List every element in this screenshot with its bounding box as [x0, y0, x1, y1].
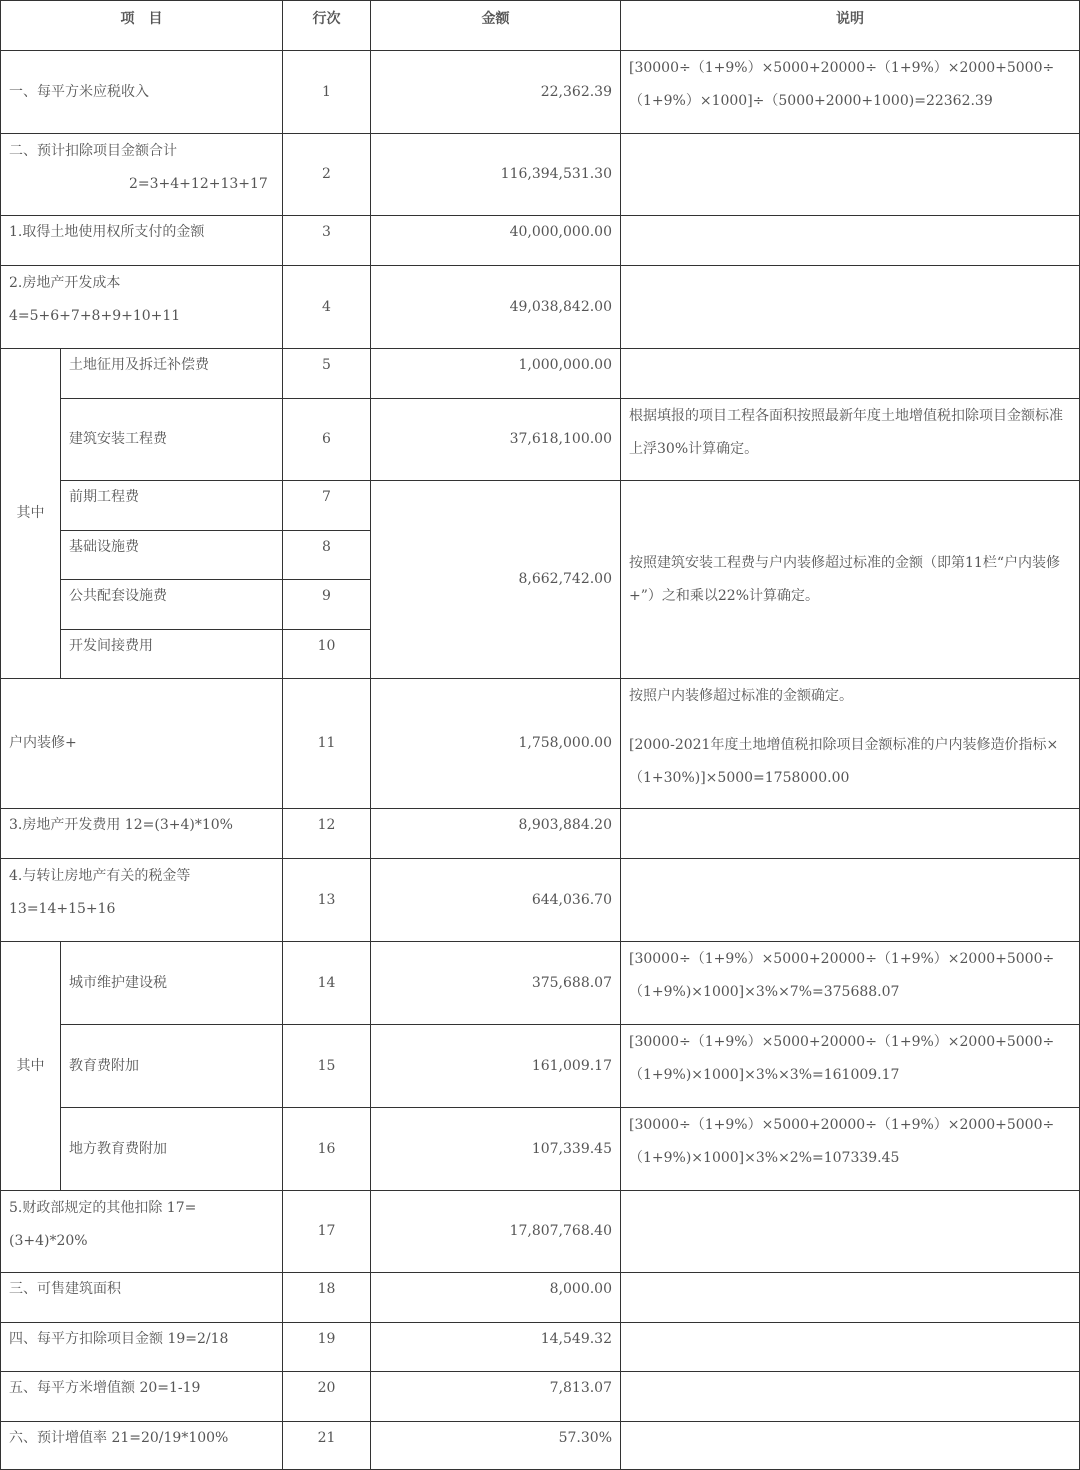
row-4-item: 2.房地产开发成本 4=5+6+7+8+9+10+11: [0, 265, 283, 349]
row-12-amount: 8,903,884.20: [370, 808, 621, 859]
row-7-item: 前期工程费: [60, 480, 283, 531]
row-6-amount-text: 37,618,100.00: [510, 423, 612, 456]
row-11-note-line2: [2000-2021年度土地增值税扣除项目金额标准的户内装修造价指标×（1+30…: [629, 729, 1071, 795]
row-3-amount: 40,000,000.00: [370, 215, 621, 266]
group-label-text: 其中: [17, 497, 45, 530]
row-19-item: 四、每平方扣除项目金额 19=2/18: [0, 1322, 283, 1372]
row-13-line: 13: [282, 858, 371, 942]
row-11-line: 11: [282, 678, 371, 809]
row-2-item-text: 二、预计扣除项目金额合计: [9, 135, 274, 168]
row-2-amount: 116,394,531.30: [370, 133, 621, 216]
row-10-item: 开发间接费用: [60, 629, 283, 679]
row-6-line: 6: [282, 398, 371, 481]
row-5-amount: 1,000,000.00: [370, 348, 621, 399]
row-4-item-text: 2.房地产开发成本: [9, 267, 274, 300]
row-11-item-text: 户内装修+: [9, 727, 77, 760]
row-18-line: 18: [282, 1272, 371, 1323]
row-3-line: 3: [282, 215, 371, 266]
row-16-amount: 107,339.45: [370, 1107, 621, 1191]
row-14-note: [30000÷（1+9%）×5000+20000÷（1+9%）×2000+500…: [620, 941, 1080, 1025]
row-12-item: 3.房地产开发费用 12=(3+4)*10%: [0, 808, 283, 859]
group-label-dev-cost: 其中: [0, 348, 61, 679]
row-16-item: 地方教育费附加: [60, 1107, 283, 1191]
row-16-amount-text: 107,339.45: [532, 1133, 612, 1166]
row-19-line: 19: [282, 1322, 371, 1372]
row-10-line: 10: [282, 629, 371, 679]
row-2-amount-text: 116,394,531.30: [501, 158, 612, 191]
row-16-line-text: 16: [318, 1133, 336, 1166]
row-19-note: [620, 1322, 1080, 1372]
row-16-line: 16: [282, 1107, 371, 1191]
row-21-item: 六、预计增值率 21=20/19*100%: [0, 1421, 283, 1470]
group-label-taxes: 其中: [0, 941, 61, 1191]
row-17-line-text: 17: [318, 1215, 336, 1248]
header-item: 项 目: [0, 0, 283, 51]
row-16-note: [30000÷（1+9%）×5000+20000÷（1+9%）×2000+500…: [620, 1107, 1080, 1191]
row-14-line-text: 14: [318, 967, 336, 1000]
header-note: 说明: [620, 0, 1080, 51]
row-3-item: 1.取得土地使用权所支付的金额: [0, 215, 283, 266]
row-18-item: 三、可售建筑面积: [0, 1272, 283, 1323]
row-20-note: [620, 1371, 1080, 1422]
row-11-amount-text: 1,758,000.00: [518, 727, 612, 760]
row-14-line: 14: [282, 941, 371, 1025]
row-6-item-text: 建筑安装工程费: [69, 423, 167, 456]
row-13-item: 4.与转让房地产有关的税金等 13=14+15+16: [0, 858, 283, 942]
row-15-item-text: 教育费附加: [69, 1050, 139, 1083]
row-11-line-text: 11: [318, 727, 336, 760]
row-11-amount: 1,758,000.00: [370, 678, 621, 809]
row-18-amount: 8,000.00: [370, 1272, 621, 1323]
row-9-line: 9: [282, 579, 371, 630]
row-12-note: [620, 808, 1080, 859]
header-amount: 金额: [370, 0, 621, 51]
row-11-item: 户内装修+: [0, 678, 283, 809]
row-13-amount-text: 644,036.70: [532, 884, 612, 917]
row-1-amount-text: 22,362.39: [541, 76, 612, 109]
row-1-note: [30000÷（1+9%）×5000+20000÷（1+9%）×2000+500…: [620, 50, 1080, 134]
row-6-amount: 37,618,100.00: [370, 398, 621, 481]
row-2-note: [620, 133, 1080, 216]
row-4-line: 4: [282, 265, 371, 349]
row-4-line-text: 4: [322, 291, 331, 324]
row-5-note: [620, 348, 1080, 399]
rows-7-10-note-text: 按照建筑安装工程费与户内装修超过标准的金额（即第11栏“户内装修+”）之和乘以2…: [629, 547, 1071, 613]
row-8-line: 8: [282, 530, 371, 580]
row-15-line-text: 15: [318, 1050, 336, 1083]
row-14-item: 城市维护建设税: [60, 941, 283, 1025]
header-line: 行次: [282, 0, 371, 51]
row-6-note: 根据填报的项目工程各面积按照最新年度土地增值税扣除项目金额标准上浮30%计算确定…: [620, 398, 1080, 481]
row-6-item: 建筑安装工程费: [60, 398, 283, 481]
row-7-line: 7: [282, 480, 371, 531]
row-20-item: 五、每平方米增值额 20=1-19: [0, 1371, 283, 1422]
row-4-formula: 4=5+6+7+8+9+10+11: [9, 300, 274, 333]
row-2-line: 2: [282, 133, 371, 216]
row-17-amount-text: 17,807,768.40: [510, 1215, 612, 1248]
row-2-line-text: 2: [322, 158, 331, 191]
rows-7-10-amount-text: 8,662,742.00: [518, 563, 612, 596]
row-15-item: 教育费附加: [60, 1024, 283, 1108]
row-14-amount-text: 375,688.07: [532, 967, 612, 1000]
row-1-line-text: 1: [322, 76, 331, 109]
row-15-note: [30000÷（1+9%）×5000+20000÷（1+9%）×2000+500…: [620, 1024, 1080, 1108]
row-1-item-text: 一、每平方米应税收入: [9, 76, 149, 109]
row-14-item-text: 城市维护建设税: [69, 967, 167, 1000]
row-5-item: 土地征用及拆迁补偿费: [60, 348, 283, 399]
row-4-amount: 49,038,842.00: [370, 265, 621, 349]
row-21-note: [620, 1421, 1080, 1470]
row-16-item-text: 地方教育费附加: [69, 1133, 167, 1166]
row-1-amount: 22,362.39: [370, 50, 621, 134]
rows-7-10-note: 按照建筑安装工程费与户内装修超过标准的金额（即第11栏“户内装修+”）之和乘以2…: [620, 480, 1080, 679]
row-17-note: [620, 1190, 1080, 1273]
row-21-line: 21: [282, 1421, 371, 1470]
row-15-amount: 161,009.17: [370, 1024, 621, 1108]
land-vat-calculation-table: 项 目 行次 金额 说明 一、每平方米应税收入 1 22,362.39 [300…: [0, 0, 1080, 1470]
row-13-note: [620, 858, 1080, 942]
row-13-amount: 644,036.70: [370, 858, 621, 942]
row-14-amount: 375,688.07: [370, 941, 621, 1025]
row-11-note: 按照户内装修超过标准的金额确定。 [2000-2021年度土地增值税扣除项目金额…: [620, 678, 1080, 809]
row-20-line: 20: [282, 1371, 371, 1422]
row-15-line: 15: [282, 1024, 371, 1108]
rows-7-10-amount: 8,662,742.00: [370, 480, 621, 679]
row-17-amount: 17,807,768.40: [370, 1190, 621, 1273]
row-13-formula: 13=14+15+16: [9, 893, 274, 926]
row-2-item: 二、预计扣除项目金额合计 2=3+4+12+13+17: [0, 133, 283, 216]
row-3-note: [620, 215, 1080, 266]
row-13-item-text: 4.与转让房地产有关的税金等: [9, 860, 274, 893]
row-6-line-text: 6: [322, 423, 331, 456]
row-5-line: 5: [282, 348, 371, 399]
row-19-amount: 14,549.32: [370, 1322, 621, 1372]
row-15-amount-text: 161,009.17: [532, 1050, 612, 1083]
row-1-line: 1: [282, 50, 371, 134]
row-4-note: [620, 265, 1080, 349]
row-17-item: 5.财政部规定的其他扣除 17=(3+4)*20%: [0, 1190, 283, 1273]
group-label-text: 其中: [17, 1050, 45, 1083]
row-2-formula: 2=3+4+12+13+17: [9, 168, 274, 201]
row-4-amount-text: 49,038,842.00: [510, 291, 612, 324]
row-18-note: [620, 1272, 1080, 1323]
row-8-item: 基础设施费: [60, 530, 283, 580]
row-20-amount: 7,813.07: [370, 1371, 621, 1422]
row-12-line: 12: [282, 808, 371, 859]
row-13-line-text: 13: [318, 884, 336, 917]
row-9-item: 公共配套设施费: [60, 579, 283, 630]
row-11-note-line1: 按照户内装修超过标准的金额确定。: [629, 680, 1071, 713]
row-1-item: 一、每平方米应税收入: [0, 50, 283, 134]
row-17-line: 17: [282, 1190, 371, 1273]
row-21-amount: 57.30%: [370, 1421, 621, 1470]
